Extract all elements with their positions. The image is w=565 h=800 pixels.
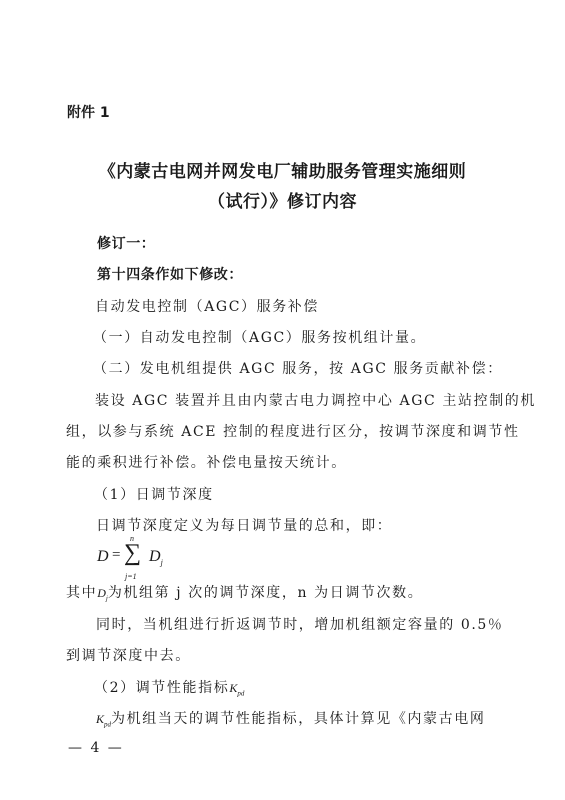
document-title-line1: 《内蒙古电网并网发电厂辅助服务管理实施细则 — [0, 157, 565, 182]
paragraph-4-line2: 到调节深度中去。 — [66, 645, 191, 665]
kpd-var-2: K — [96, 712, 104, 726]
revision-heading: 修订一： — [97, 233, 155, 253]
subsection-2-text: （2）调节性能指标 — [94, 680, 229, 696]
paragraph-5-text: 为机组当天的调节性能指标，具体计算见《内蒙古电网 — [111, 711, 485, 727]
paragraph-3-line1: 装设 AGC 装置并且由内蒙古电力调控中心 AGC 主站控制的机 — [95, 390, 536, 410]
summation-formula: D = n ∑ j=1 Dj — [97, 534, 217, 584]
attachment-label: 附件 1 — [67, 102, 110, 122]
where-clause: 其中Dj为机组第 j 次的调节深度，n 为日调节次数。 — [66, 582, 423, 602]
document-title-line2: （试行）》修订内容 — [0, 187, 565, 212]
where-text: 为机组第 j 次的调节深度，n 为日调节次数。 — [108, 585, 424, 601]
paragraph-3-line3: 能的乘积进行补偿。补偿电量按天统计。 — [66, 452, 347, 472]
kpd-sub: pd — [237, 689, 244, 697]
formula-lower-limit: j=1 — [125, 572, 137, 581]
formula-lhs: D — [97, 548, 109, 566]
where-prefix: 其中 — [66, 585, 97, 601]
paragraph-4-line1: 同时，当机组进行折返调节时，增加机组额定容量的 0.5％ — [96, 614, 504, 634]
formula-equals: = — [112, 547, 120, 564]
subsection-2-heading: （2）调节性能指标Kpd — [94, 677, 244, 697]
item-title: 自动发电控制（AGC）服务补偿 — [95, 296, 319, 316]
paragraph-3-line2: 组，以参与系统 ACE 控制的程度进行区分，按调节深度和调节性 — [66, 421, 520, 441]
formula-term-var: D — [149, 548, 161, 565]
paragraph-5: Kpd为机组当天的调节性能指标，具体计算见《内蒙古电网 — [96, 708, 485, 728]
kpd-variable: Kpd — [229, 681, 244, 695]
where-var: D — [97, 586, 106, 600]
sigma-symbol: ∑ — [124, 540, 141, 567]
article-heading: 第十四条作如下修改： — [97, 264, 243, 284]
subsection-1-heading: （1）日调节深度 — [94, 484, 214, 504]
where-variable: Dj — [97, 586, 108, 600]
formula-term-sub: j — [161, 558, 163, 567]
kpd-variable-2: Kpd — [96, 712, 111, 726]
page-number: — 4 — — [68, 740, 124, 756]
paragraph-2: （二）发电机组提供 AGC 服务，按 AGC 服务贡献补偿： — [93, 358, 503, 378]
paragraph-1: （一）自动发电控制（AGC）服务按机组计量。 — [93, 327, 426, 347]
subsection-1-definition: 日调节深度定义为每日调节量的总和，即： — [96, 515, 392, 535]
kpd-sub-2: pd — [104, 720, 111, 728]
formula-term: Dj — [149, 548, 163, 567]
